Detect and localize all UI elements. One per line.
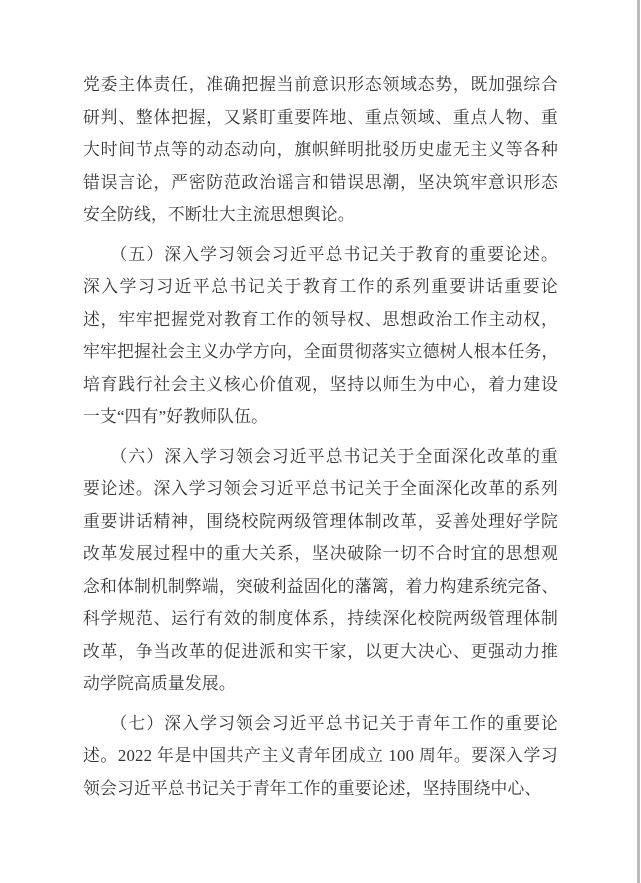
text-line: 述。2022 年是中国共产主义青年团成立 100 周年。要深入学习 bbox=[83, 740, 558, 773]
text-line: （五）深入学习领会习近平总书记关于教育的重要论述。 bbox=[83, 239, 558, 272]
text-line: （七）深入学习领会习近平总书记关于青年工作的重要论 bbox=[83, 708, 558, 741]
text-line: 党委主体责任，准确把握当前意识形态领域态势，既加强综合 bbox=[83, 69, 558, 102]
text-line: （六）深入学习领会习近平总书记关于全面深化改革的重 bbox=[83, 441, 558, 474]
paragraph: （七）深入学习领会习近平总书记关于青年工作的重要论述。2022 年是中国共产主义… bbox=[83, 708, 558, 806]
text-line: 大时间节点等的动态动向，旗帜鲜明批驳历史虚无主义等各种 bbox=[83, 134, 558, 167]
text-line: 要论述。深入学习领会习近平总书记关于全面深化改革的系列 bbox=[83, 473, 558, 506]
text-line: 述，牢牢把握党对教育工作的领导权、思想政治工作主动权， bbox=[83, 304, 558, 337]
text-line: 科学规范、运行有效的制度体系，持续深化校院两级管理体制 bbox=[83, 603, 558, 636]
text-line: 念和体制机制弊端，突破利益固化的藩篱，着力构建系统完备、 bbox=[83, 571, 558, 604]
text-line: 错误言论，严密防范政治谣言和错误思潮，坚决筑牢意识形态 bbox=[83, 167, 558, 200]
text-line: 领会习近平总书记关于青年工作的重要论述，坚持围绕中心、 bbox=[83, 773, 558, 806]
text-line: 研判、整体把握，又紧盯重要阵地、重点领域、重点人物、重 bbox=[83, 102, 558, 135]
text-line: 重要讲话精神，围绕校院两级管理体制改革，妥善处理好学院 bbox=[83, 506, 558, 539]
paragraph: 党委主体责任，准确把握当前意识形态领域态势，既加强综合研判、整体把握，又紧盯重要… bbox=[83, 69, 558, 232]
scrollbar-track[interactable] bbox=[637, 0, 640, 883]
text-line: 牢牢把握社会主义办学方向，全面贯彻落实立德树人根本任务， bbox=[83, 336, 558, 369]
text-line: 改革，争当改革的促进派和实干家，以更大决心、更强动力推 bbox=[83, 636, 558, 669]
paragraph: （六）深入学习领会习近平总书记关于全面深化改革的重要论述。深入学习领会习近平总书… bbox=[83, 441, 558, 701]
text-line: 深入学习习近平总书记关于教育工作的系列重要讲话重要论 bbox=[83, 271, 558, 304]
text-line: 安全防线，不断壮大主流思想舆论。 bbox=[83, 199, 558, 232]
page-content: 党委主体责任，准确把握当前意识形态领域态势，既加强综合研判、整体把握，又紧盯重要… bbox=[83, 69, 558, 805]
text-line: 一支“四有”好教师队伍。 bbox=[83, 401, 558, 434]
text-line: 动学院高质量发展。 bbox=[83, 668, 558, 701]
paragraph: （五）深入学习领会习近平总书记关于教育的重要论述。深入学习习近平总书记关于教育工… bbox=[83, 239, 558, 434]
document-page: 党委主体责任，准确把握当前意识形态领域态势，既加强综合研判、整体把握，又紧盯重要… bbox=[0, 0, 637, 883]
text-line: 培育践行社会主义核心价值观，坚持以师生为中心，着力建设 bbox=[83, 369, 558, 402]
text-line: 改革发展过程中的重大关系，坚决破除一切不合时宜的思想观 bbox=[83, 538, 558, 571]
